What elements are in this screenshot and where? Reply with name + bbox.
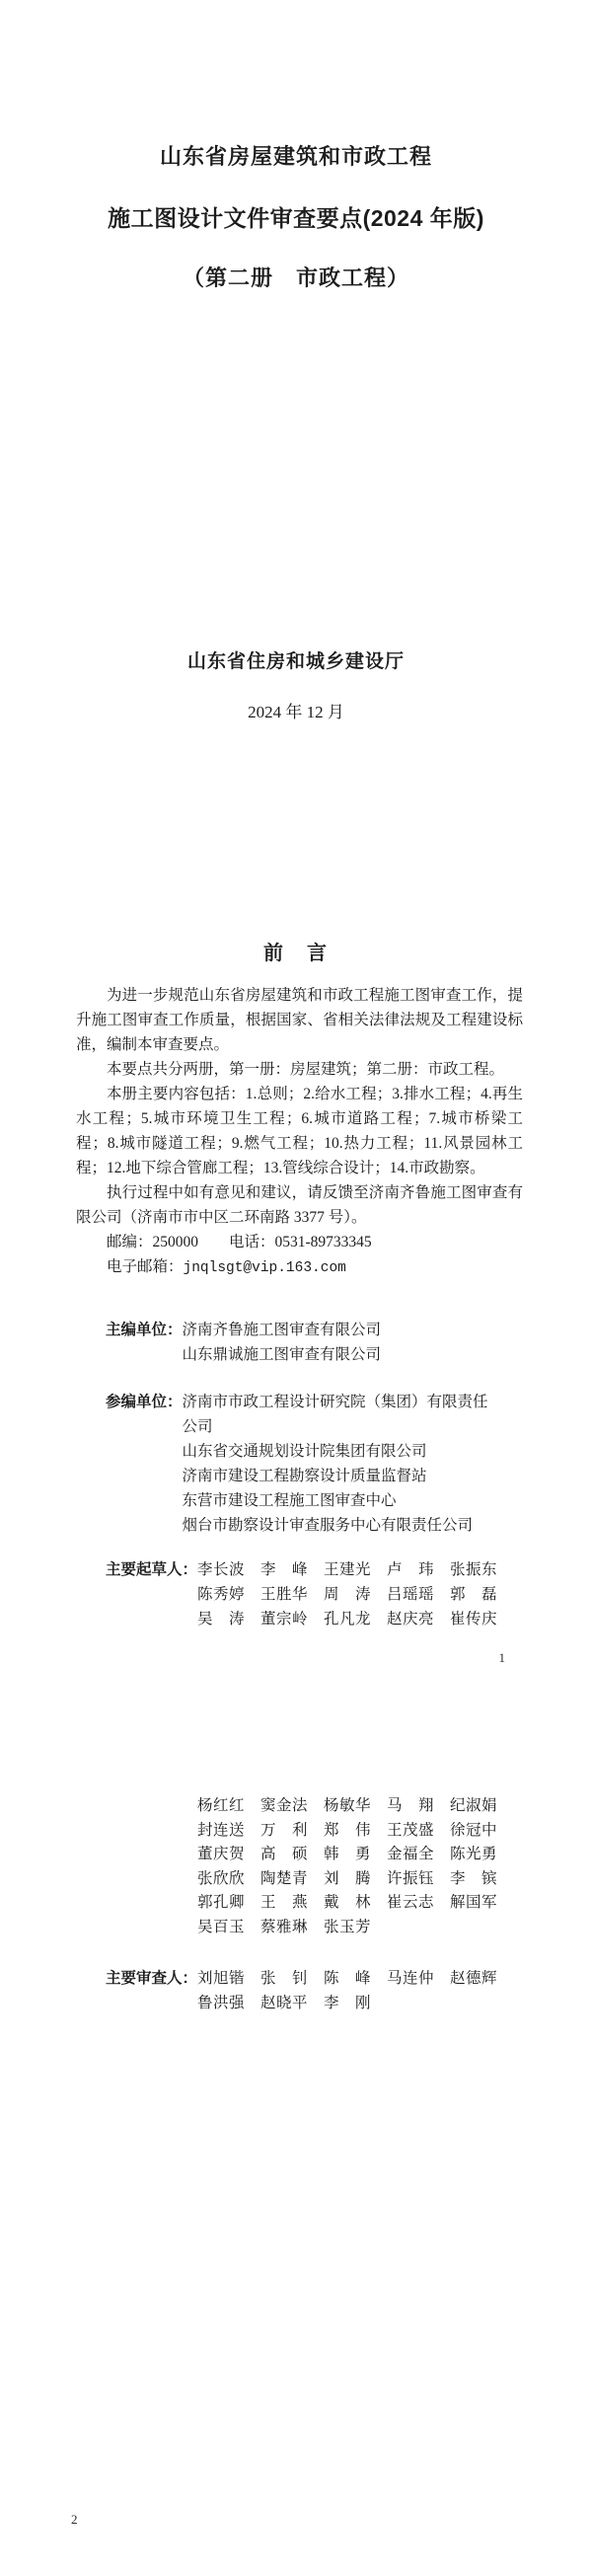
drafters-block: 主要起草人： 李长波 李 峰 王建光 卢 玮 张振东 陈秀婷 王胜华 周 涛 吕…	[106, 1557, 530, 1631]
chief-editor-block: 主编单位： 济南齐鲁施工图审查有限公司 山东鼎诚施工图审查有限公司	[106, 1318, 530, 1367]
drafters-row: 张欣欣 陶楚青 刘 腾 许振钰 李 镔	[197, 1867, 497, 1892]
reviewers-block: 主要审查人： 刘旭锴 张 钊 陈 峰 马连仲 赵德辉 鲁洪强 赵晓平 李 刚	[106, 1966, 530, 2015]
participating-unit-line: 济南市市政工程设计研究院（集团）有限责任	[183, 1390, 530, 1414]
cover-title-line2: 施工图设计文件审查要点(2024 年版)	[0, 200, 592, 233]
drafters-row: 郭孔卿 王 燕 戴 林 崔云志 解国军	[197, 1891, 497, 1916]
drafters-row: 吴 涛 董宗岭 孔凡龙 赵庆亮 崔传庆	[197, 1607, 530, 1631]
participating-unit-line: 济南市建设工程勘察设计质量监督站	[183, 1464, 530, 1488]
drafters-row: 杨红红 窦金法 杨敏华 马 翔 纪淑娟	[197, 1794, 497, 1819]
participating-unit-line: 烟台市勘察设计审查服务中心有限责任公司	[183, 1513, 530, 1538]
drafters-row: 陈秀婷 王胜华 周 涛 吕瑶瑶 郭 磊	[197, 1582, 530, 1607]
cover-date: 2024 年 12 月	[0, 698, 592, 722]
drafters-continued-block: 杨红红 窦金法 杨敏华 马 翔 纪淑娟 封连送 万 利 郑 伟 王茂盛 徐冠中 …	[197, 1794, 497, 1939]
email-line: 电子邮箱：jnqlsgt@vip.163.com	[76, 1254, 523, 1281]
foreword-paragraph: 本册主要内容包括：1.总则；2.给水工程；3.排水工程；4.再生水工程；5.城市…	[76, 1082, 523, 1180]
reviewers-rows: 刘旭锴 张 钊 陈 峰 马连仲 赵德辉 鲁洪强 赵晓平 李 刚	[197, 1966, 530, 2015]
chief-editor-lines: 济南齐鲁施工图审查有限公司 山东鼎诚施工图审查有限公司	[183, 1318, 530, 1367]
participating-units-block: 参编单位： 济南市市政工程设计研究院（集团）有限责任 公司 山东省交通规划设计院…	[106, 1390, 530, 1538]
foreword-paragraph: 执行过程中如有意见和建议，请反馈至济南齐鲁施工图审查有限公司（济南市市中区二环南…	[76, 1180, 523, 1230]
foreword-body: 为进一步规范山东省房屋建筑和市政工程施工图审查工作，提升施工图审查工作质量，根据…	[76, 983, 523, 1281]
reviewers-label: 主要审查人：	[106, 1966, 197, 1991]
reviewers-row: 刘旭锴 张 钊 陈 峰 马连仲 赵德辉	[197, 1966, 530, 1991]
cover-title-line1: 山东省房屋建筑和市政工程	[0, 140, 592, 171]
drafters-rows: 李长波 李 峰 王建光 卢 玮 张振东 陈秀婷 王胜华 周 涛 吕瑶瑶 郭 磊 …	[197, 1557, 530, 1631]
participating-unit-line: 东营市建设工程施工图审查中心	[183, 1488, 530, 1513]
participating-units-lines: 济南市市政工程设计研究院（集团）有限责任 公司 山东省交通规划设计院集团有限公司…	[183, 1390, 530, 1538]
participating-unit-line: 公司	[183, 1414, 530, 1439]
drafters-row: 李长波 李 峰 王建光 卢 玮 张振东	[197, 1557, 530, 1582]
drafters-row: 董庆贺 高 硕 韩 勇 金福全 陈光勇	[197, 1843, 497, 1867]
cover-publisher: 山东省住房和城乡建设厅	[0, 646, 592, 673]
email-label: 电子邮箱：	[107, 1258, 184, 1275]
document-page: 山东省房屋建筑和市政工程 施工图设计文件审查要点(2024 年版) （第二册 市…	[0, 0, 592, 2576]
cover-title-line3: （第二册 市政工程）	[0, 262, 592, 292]
page-number-1: 1	[499, 1650, 506, 1666]
drafters-label: 主要起草人：	[106, 1557, 197, 1582]
page-number-2: 2	[71, 2512, 78, 2528]
chief-editor-line: 山东鼎诚施工图审查有限公司	[183, 1342, 530, 1367]
chief-editor-label: 主编单位：	[106, 1318, 183, 1342]
drafters-row: 封连送 万 利 郑 伟 王茂盛 徐冠中	[197, 1819, 497, 1844]
chief-editor-line: 济南齐鲁施工图审查有限公司	[183, 1318, 530, 1342]
drafters-row: 吴百玉 蔡雅琳 张玉芳	[197, 1916, 497, 1940]
postal-phone-line: 邮编：250000 电话：0531-89733345	[76, 1230, 523, 1254]
foreword-paragraph: 本要点共分两册，第一册：房屋建筑；第二册：市政工程。	[76, 1057, 523, 1082]
foreword-heading: 前 言	[0, 937, 592, 965]
foreword-paragraph: 为进一步规范山东省房屋建筑和市政工程施工图审查工作，提升施工图审查工作质量，根据…	[76, 983, 523, 1057]
email-value: jnqlsgt@vip.163.com	[184, 1260, 346, 1276]
participating-unit-line: 山东省交通规划设计院集团有限公司	[183, 1439, 530, 1464]
participating-units-label: 参编单位：	[106, 1390, 183, 1414]
reviewers-row: 鲁洪强 赵晓平 李 刚	[197, 1991, 530, 2015]
